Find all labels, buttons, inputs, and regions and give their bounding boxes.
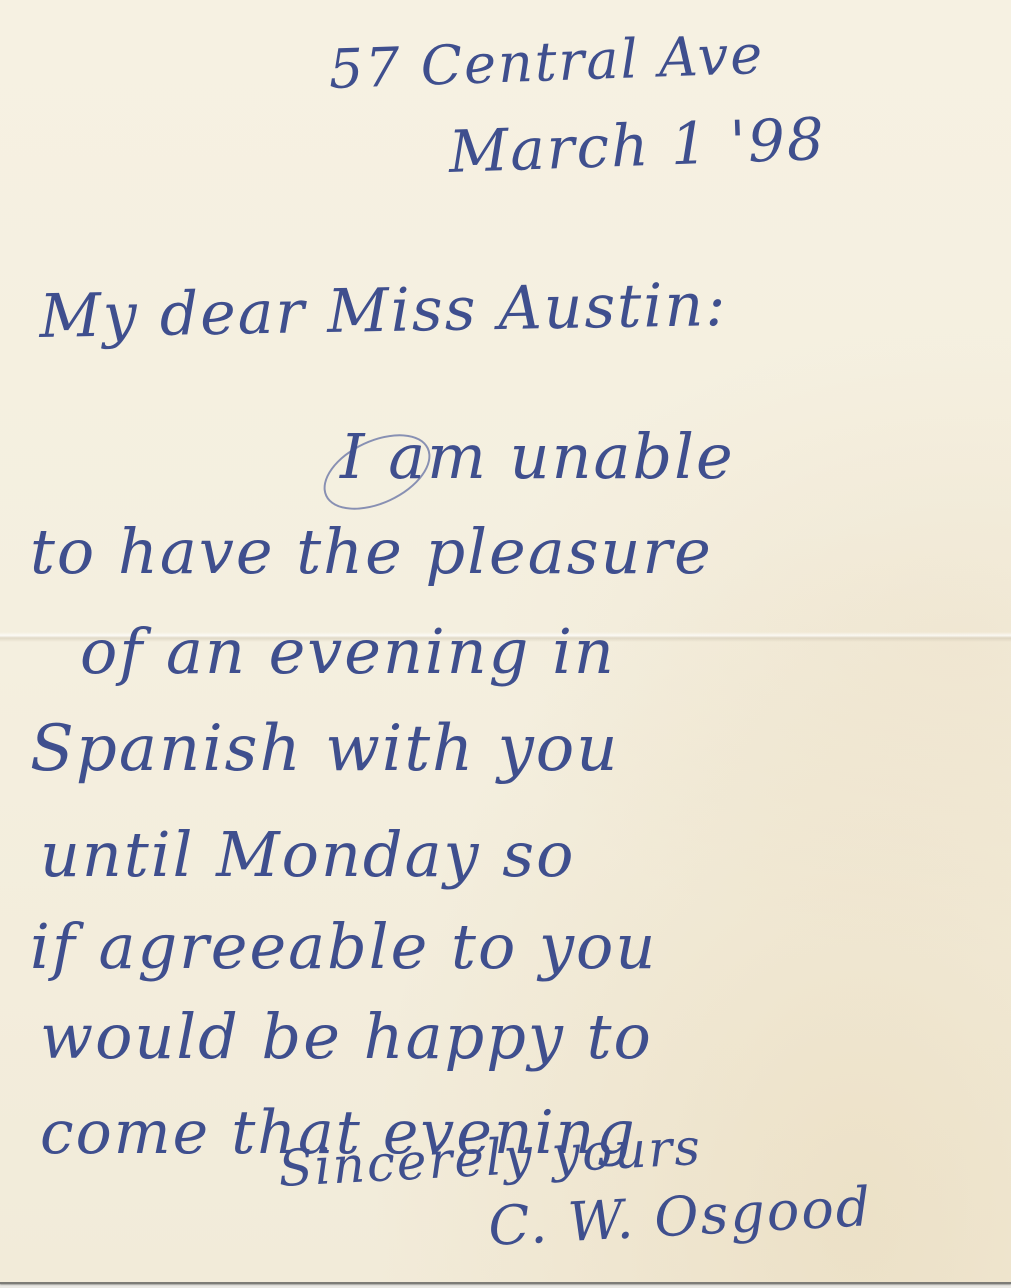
salutation: My dear Miss Austin: [39, 270, 728, 352]
signature: C. W. Osgood [487, 1175, 874, 1258]
body-line-3: of an evening in [80, 615, 616, 688]
body-line-1: I am unable [340, 420, 735, 493]
body-line-6: if agreeable to you [30, 910, 657, 983]
body-line-7: would be happy to [40, 1000, 653, 1073]
body-line-5: until Monday so [40, 818, 575, 891]
body-line-2: to have the pleasure [30, 515, 713, 588]
sender-address: 57 Central Ave [328, 23, 765, 101]
letter-date: March 1 '98 [448, 105, 827, 186]
body-line-4: Spanish with you [30, 712, 620, 786]
letter-paper: 57 Central Ave March 1 '98 My dear Miss … [0, 0, 1011, 1284]
